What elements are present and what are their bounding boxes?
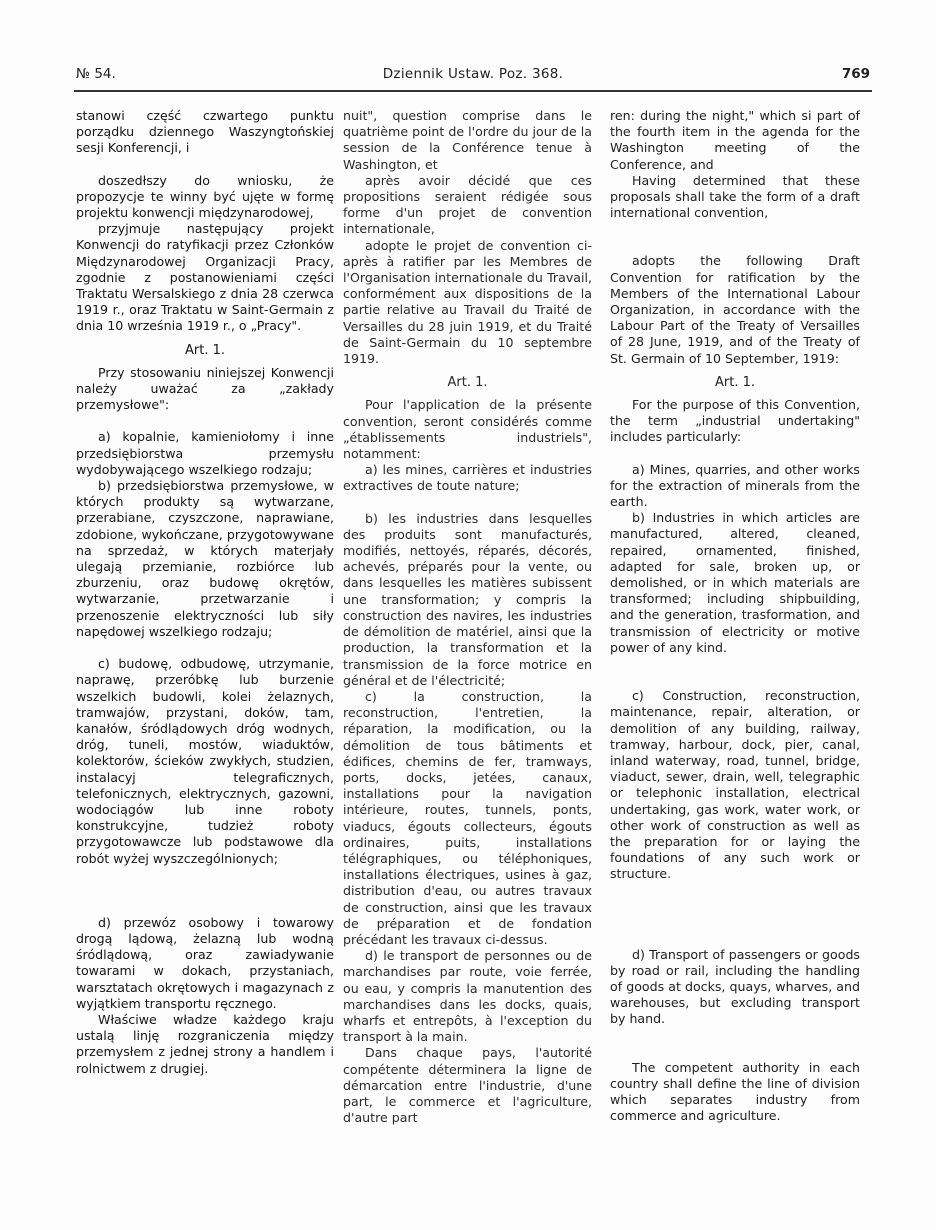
intro-paragraph: stanowi część czwartego punktu porządku … bbox=[76, 108, 334, 157]
item-a: a) Mines, quarries, and other works for … bbox=[610, 462, 860, 511]
authority-paragraph: Dans chaque pays, l'autorité compétente … bbox=[343, 1045, 592, 1126]
item-d: d) przewóz osobowy i towarowy drogą lądo… bbox=[76, 915, 334, 1012]
article-heading: Art. 1. bbox=[610, 375, 860, 391]
spacer bbox=[610, 221, 860, 253]
intro-paragraph: ren: during the night," which si part of… bbox=[610, 108, 860, 173]
item-d: d) Transport of passengers or goods by r… bbox=[610, 947, 860, 1028]
item-a: a) les mines, carrières et industries ex… bbox=[343, 462, 592, 494]
spacer bbox=[610, 656, 860, 688]
determined-paragraph: Having determined that these proposals s… bbox=[610, 173, 860, 222]
item-c: c) Construction, reconstruction, mainten… bbox=[610, 688, 860, 882]
journal-title: Dziennik Ustaw. Poz. 368. bbox=[76, 66, 870, 82]
spacer bbox=[76, 157, 334, 173]
page-header: № 54. Dziennik Ustaw. Poz. 368. 769 bbox=[76, 66, 870, 86]
spacer bbox=[76, 640, 334, 656]
adopts-paragraph: adopte le projet de convention ci-après … bbox=[343, 238, 592, 368]
spacer bbox=[76, 413, 334, 429]
item-b: b) przedsiębiorstwa przemysłowe, w który… bbox=[76, 478, 334, 640]
authority-paragraph: The competent authority in each country … bbox=[610, 1060, 860, 1125]
definition-paragraph: For the purpose of this Convention, the … bbox=[610, 397, 860, 446]
item-d: d) le transport de personnes ou de march… bbox=[343, 948, 592, 1045]
column-english: ren: during the night," which si part of… bbox=[610, 108, 860, 1124]
page-number: 769 bbox=[842, 66, 870, 82]
adopts-paragraph: przyjmuje następujący projekt Konwencji … bbox=[76, 221, 334, 334]
spacer bbox=[610, 446, 860, 462]
determined-paragraph: doszedłszy do wniosku, że propozycje te … bbox=[76, 173, 334, 222]
item-c: c) la construction, la reconstruction, l… bbox=[343, 689, 592, 948]
spacer bbox=[76, 867, 334, 915]
spacer bbox=[610, 883, 860, 947]
spacer bbox=[343, 495, 592, 511]
authority-paragraph: Właściwe władze każdego kraju ustalą lin… bbox=[76, 1012, 334, 1077]
item-b: b) Industries in which articles are manu… bbox=[610, 510, 860, 656]
intro-paragraph: nuit", question comprise dans le quatriè… bbox=[343, 108, 592, 173]
item-c: c) budowę, odbudowę, utrzymanie, naprawę… bbox=[76, 656, 334, 867]
article-heading: Art. 1. bbox=[76, 343, 334, 359]
item-a: a) kopalnie, kamieniołomy i inne przedsi… bbox=[76, 429, 334, 478]
adopts-paragraph: adopts the following Draft Convention fo… bbox=[610, 253, 860, 366]
column-polish: stanowi część czwartego punktu porządku … bbox=[76, 108, 334, 1077]
item-b: b) les industries dans lesquelles des pr… bbox=[343, 511, 592, 689]
determined-paragraph: après avoir décidé que ces propositions … bbox=[343, 173, 592, 238]
definition-paragraph: Przy stosowaniu niniejszej Konwencji nal… bbox=[76, 365, 334, 414]
spacer bbox=[610, 1028, 860, 1060]
article-heading: Art. 1. bbox=[343, 375, 592, 391]
header-rule bbox=[74, 90, 872, 92]
column-french: nuit", question comprise dans le quatriè… bbox=[343, 108, 592, 1126]
document-page: № 54. Dziennik Ustaw. Poz. 368. 769 stan… bbox=[0, 0, 936, 1230]
definition-paragraph: Pour l'application de la présente conven… bbox=[343, 397, 592, 462]
